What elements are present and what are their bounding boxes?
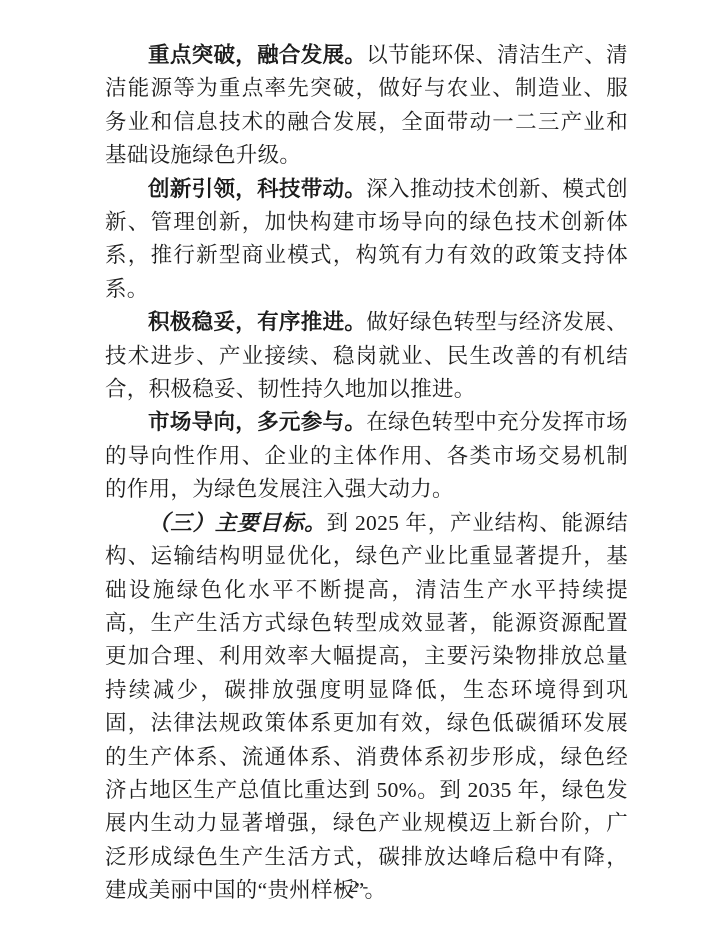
paragraph-text: 到 2025 年，产业结构、能源结构、运输结构明显优化，绿色产业比重显著提升，基… [105, 511, 628, 902]
page-number: - 2 - [340, 877, 368, 896]
paragraph-lead: 创新引领，科技带动。 [148, 177, 366, 201]
document-page: 重点突破，融合发展。以节能环保、清洁生产、清洁能源等为重点率先突破，做好与农业、… [0, 0, 708, 932]
paragraph: 积极稳妥，有序推进。做好绿色转型与经济发展、技术进步、产业接续、稳岗就业、民生改… [105, 306, 628, 406]
paragraph-lead: 积极稳妥，有序推进。 [148, 310, 366, 334]
paragraph: 重点突破，融合发展。以节能环保、清洁生产、清洁能源等为重点率先突破，做好与农业、… [105, 39, 628, 173]
paragraph: 创新引领，科技带动。深入推动技术创新、模式创新、管理创新，加快构建市场导向的绿色… [105, 173, 628, 307]
paragraph-lead: 重点突破，融合发展。 [148, 43, 366, 67]
paragraph: 市场导向，多元参与。在绿色转型中充分发挥市场的导向性作用、企业的主体作用、各类市… [105, 406, 628, 506]
paragraph-lead: （三）主要目标。 [148, 511, 327, 535]
document-body: 重点突破，融合发展。以节能环保、清洁生产、清洁能源等为重点率先突破，做好与农业、… [105, 39, 628, 908]
paragraph: （三）主要目标。到 2025 年，产业结构、能源结构、运输结构明显优化，绿色产业… [105, 507, 628, 908]
page-footer: - 2 - [0, 877, 708, 897]
paragraph-lead: 市场导向，多元参与。 [148, 410, 366, 434]
